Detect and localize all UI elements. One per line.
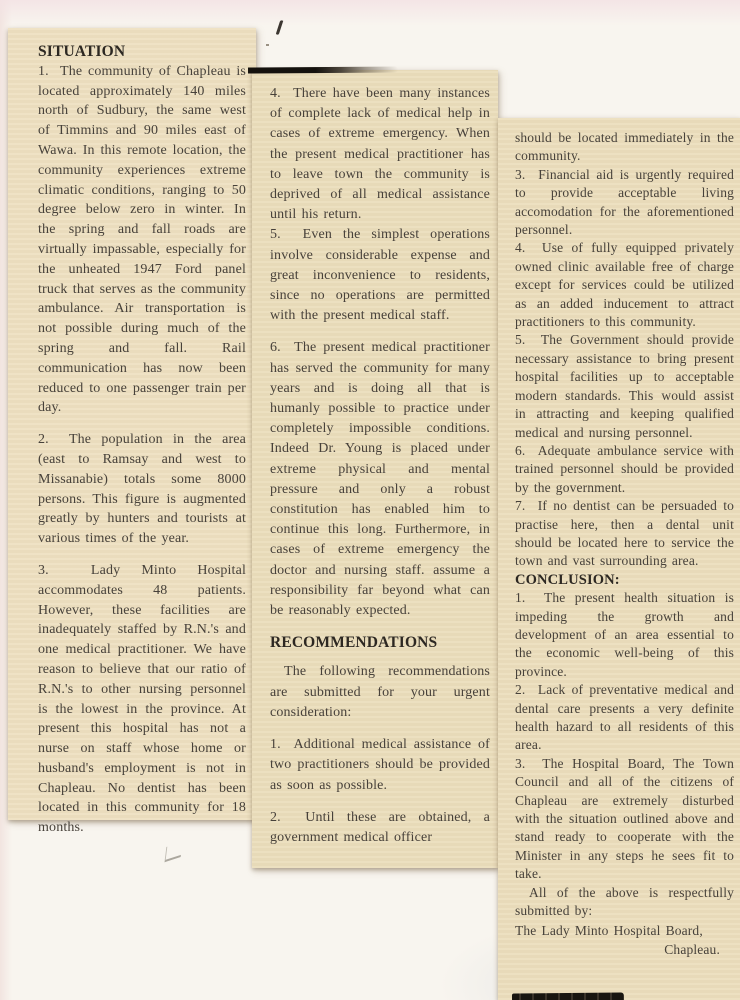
recommendation-item-5: 5. The Government should provide necessa… [515,331,734,441]
recommendation-item-2: 2. Until these are obtained, a governmen… [270,808,490,848]
pencil-mark [164,842,182,863]
signature-place: Chapleau. [515,941,734,959]
situation-paragraph-4: 4. There have been many instances of com… [270,84,490,225]
recommendation-item-3: 3. Financial aid is urgently required to… [515,166,734,240]
situation-paragraph-3: 3. Lady Minto Hospital accommodates 48 p… [38,561,246,838]
cutoff-print-fragment [512,993,624,1000]
recommendations-heading: RECOMMENDATIONS [270,633,490,653]
situation-paragraph-2: 2. The population in the area (east to R… [38,430,246,549]
pen-dot [266,44,269,46]
situation-heading: SITUATION [38,42,246,62]
recommendations-intro: The following recommendations are submit… [270,662,490,723]
recommendation-item-4: 4. Use of fully equipped privately owned… [515,239,734,331]
situation-paragraph-6: 6. The present medical practitioner has … [270,338,490,621]
pen-mark [276,20,283,35]
clipping-left-column: SITUATION 1. The community of Chapleau i… [8,28,256,820]
situation-paragraph-5: 5. Even the simplest operations involve … [270,225,490,326]
situation-paragraph-1: 1. The community of Chapleau is located … [38,62,246,418]
conclusion-item-2: 2. Lack of preventative medical and dent… [515,681,734,755]
conclusion-item-3: 3. The Hospital Board, The Town Council … [515,755,734,884]
torn-edge-strip [248,66,398,73]
recommendation-item-1: 1. Additional medical assistance of two … [270,735,490,796]
recommendation-item-6: 6. Adequate ambulance service with train… [515,442,734,497]
clipping-middle-column: 4. There have been many instances of com… [252,70,498,868]
signature-name: The Lady Minto Hospital Board, [515,922,734,940]
conclusion-heading: CONCLUSION: [515,571,734,589]
clipping-right-column: should be located immediately in the com… [498,118,740,1000]
conclusion-item-1: 1. The present health situation is imped… [515,589,734,681]
recommendation-item-7: 7. If no dentist can be persuaded to pra… [515,497,734,571]
recommendation-item-2-continued: should be located immediately in the com… [515,129,734,166]
closing-line: All of the above is respectfully submitt… [515,884,734,921]
